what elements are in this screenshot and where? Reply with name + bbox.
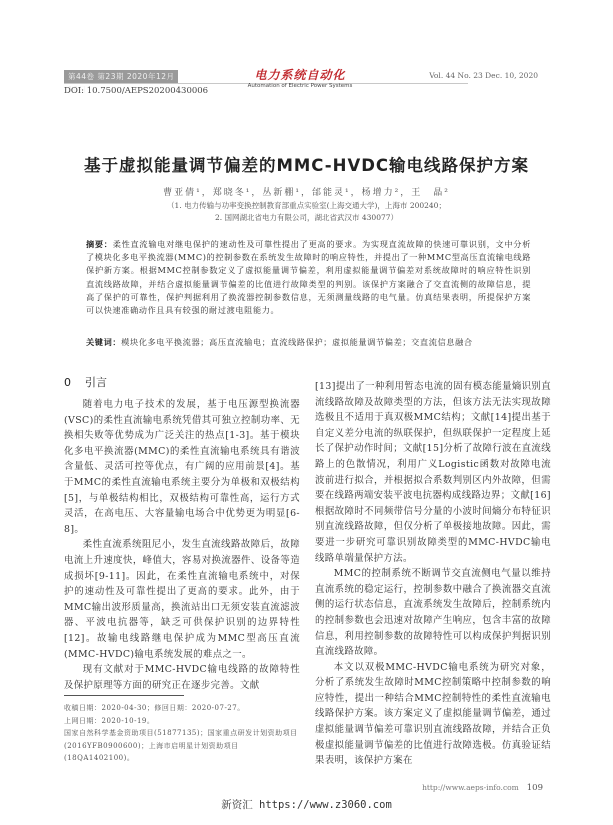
abstract-label: 摘要： xyxy=(86,239,113,249)
doi: DOI: 10.7500/AEPS20200430006 xyxy=(64,86,208,96)
page-number: 109 xyxy=(527,783,543,793)
keywords: 关键词：模块化多电平换流器；高压直流输电；直流线路保护；虚拟能量调节偏差；交直流… xyxy=(86,336,531,349)
section-heading: 0引言 xyxy=(64,374,107,390)
footnote-funding: 国家自然科学基金资助项目(51877135)；国家重点研发计划资助项目(2016… xyxy=(64,727,300,765)
paragraph: MMC的控制系统不断调节交直流侧电气量以维持直流系统的稳定运行，控制参数中融合了… xyxy=(315,566,551,660)
keywords-label: 关键词： xyxy=(86,337,121,347)
journal-name-en: Automation of Electric Power Systems xyxy=(240,82,360,90)
volume-info: Vol. 44 No. 23 Dec. 10, 2020 xyxy=(429,71,538,80)
affiliation-1: （1. 电力传输与功率变换控制教育部重点实验室(上海交通大学)，上海市 2002… xyxy=(0,200,613,211)
watermark: 新资汇 https://www.z3060.com xyxy=(0,797,613,812)
affiliation-2: 2. 国网湖北省电力有限公司，湖北省武汉市 430077） xyxy=(0,212,613,223)
footnote-received: 收稿日期：2020-04-30；修回日期：2020-07-27。 xyxy=(64,702,300,715)
keywords-text: 模块化多电平换流器；高压直流输电；直流线路保护；虚拟能量调节偏差；交直流信息融合 xyxy=(121,337,473,347)
paragraph: 柔性直流系统阻尼小，发生直流线路故障后，故障电流上升速度快，峰值大，容易对换流器… xyxy=(64,537,300,662)
left-column: 随着电力电子技术的发展，基于电压源型换流器(VSC)的柔性直流输电系统凭借其可独… xyxy=(64,397,300,693)
section-title: 引言 xyxy=(85,376,107,389)
issue-bar: 第44卷 第23期 2020年12月10日 xyxy=(64,70,178,83)
paragraph: 现有文献对于MMC-HVDC输电线路的故障特性及保护原理等方面的研究正在逐步完善… xyxy=(64,662,300,693)
paragraph: 随着电力电子技术的发展，基于电压源型换流器(VSC)的柔性直流输电系统凭借其可独… xyxy=(64,397,300,537)
header-rule-left xyxy=(64,83,178,84)
section-number: 0 xyxy=(64,376,71,389)
footnote-online: 上网日期：2020-10-19。 xyxy=(64,715,300,728)
journal-logo: 电力系统自动化 Automation of Electric Power Sys… xyxy=(240,68,360,90)
footnote-rule xyxy=(64,695,184,696)
abstract-text: 柔性直流输电对继电保护的速动性及可靠性提出了更高的要求。为实现直流故障的快速可靠… xyxy=(86,239,531,315)
paper-title: 基于虚拟能量调节偏差的MMC-HVDC输电线路保护方案 xyxy=(0,152,613,176)
page-footer: http://www.aeps-info.com109 xyxy=(422,783,543,793)
abstract: 摘要：柔性直流输电对继电保护的速动性及可靠性提出了更高的要求。为实现直流故障的快… xyxy=(86,238,531,317)
footer-url[interactable]: http://www.aeps-info.com xyxy=(422,783,519,792)
footnotes: 收稿日期：2020-04-30；修回日期：2020-07-27。 上网日期：20… xyxy=(64,702,300,765)
authors: 曹亚倩¹，郑晓冬¹，丛新棚¹，邰能灵¹，杨增力²，王 晶² xyxy=(0,185,613,198)
paragraph: 本文以双极MMC-HVDC输电系统为研究对象，分析了系统发生故障时MMC控制策略… xyxy=(315,660,551,769)
journal-name-cn: 电力系统自动化 xyxy=(240,68,360,82)
paragraph: [13]提出了一种利用暂态电流的固有模态能量熵识别直流线路故障及故障类型的方法，… xyxy=(315,379,551,566)
paper-page: 第44卷 第23期 2020年12月10日 DOI: 10.7500/AEPS2… xyxy=(0,0,613,825)
right-column: [13]提出了一种利用暂态电流的固有模态能量熵识别直流线路故障及故障类型的方法，… xyxy=(315,379,551,769)
